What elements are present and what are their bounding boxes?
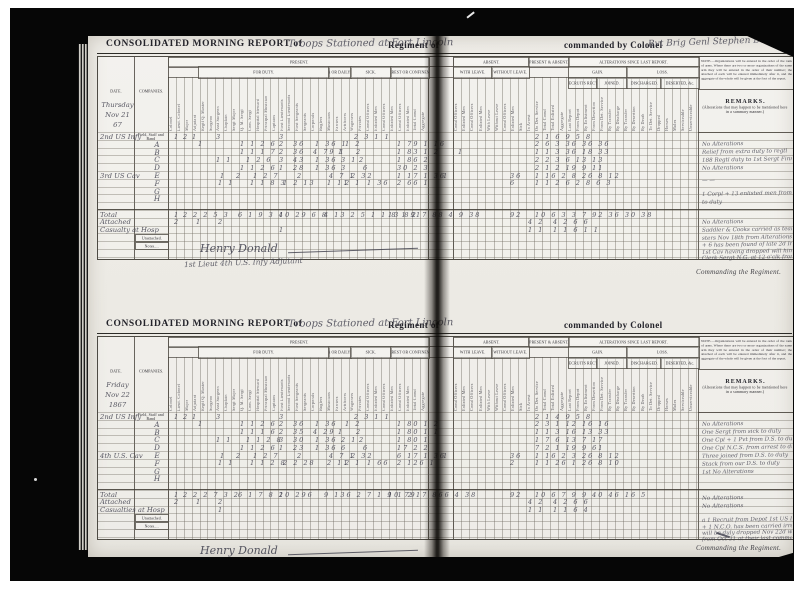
remark-line: to duty — [702, 198, 792, 206]
subgroup-header-label: FOR DUTY. — [254, 70, 275, 74]
column-label: Dropped — [657, 367, 664, 411]
column-label: Regtl Q. Master — [201, 367, 207, 411]
row-values-handwriting: 10 296 — [279, 491, 314, 499]
summary-box: Notes.... — [135, 522, 169, 530]
column-label: By Death — [641, 367, 648, 411]
column-label: Musicians — [327, 87, 333, 131]
column-label: Unserviceable — [689, 367, 696, 411]
group-header-label: PRESENT & ABSENT. — [529, 60, 568, 64]
row-side-label: Casualties at Hosp — [100, 506, 165, 514]
row-values-handwriting: 1 2 13 — [283, 179, 316, 187]
column-label: By Enlistment — [584, 367, 591, 411]
subgroup-header: SICK. — [350, 346, 392, 359]
column-label: Total Comd — [413, 367, 419, 411]
row-values-handwriting: 2 — [279, 428, 285, 436]
column-label: Enlisted Men — [374, 367, 380, 411]
row-values-handwriting: 1 1 — [216, 156, 232, 164]
book-gutter-shadow — [424, 36, 450, 557]
remarks-header: REMARKS.(Alterations that may happen to … — [698, 93, 793, 133]
column-label: Second Lieutenants — [287, 367, 293, 411]
column-label: Major — [185, 367, 191, 411]
ledger-book-spread: CONSOLIDATED MORNING REPORT of Troops St… — [88, 36, 793, 557]
row-values-handwriting: 1 — [196, 498, 202, 506]
row-values-handwriting: 6 1 9 3 4 — [238, 211, 285, 219]
subgroup-header-label: SICK. — [366, 70, 376, 74]
column-label: Enlisted Men — [374, 87, 380, 131]
column-label: First Sergeants — [295, 367, 301, 411]
column-label: Horses — [665, 87, 672, 131]
column-label: Last Report — [568, 87, 575, 131]
column-label: Q. M. Sergt — [240, 87, 246, 131]
row-values-handwriting: 3 — [279, 436, 285, 444]
row-values-handwriting: 10 29 6 8 — [279, 211, 328, 219]
note-paragraph: NOTE.—Organizations will be entered in t… — [701, 339, 792, 361]
column-label: Comd Officers — [503, 87, 510, 131]
subsubgroup-header-label: DESERTED, &c. — [666, 361, 695, 365]
date-handwriting: 67 — [101, 121, 134, 129]
row-values-handwriting: 1 1 2 8 — [246, 436, 283, 444]
row-side-label: Attached — [100, 218, 131, 226]
column-label: Lieut. Colonel — [177, 87, 183, 131]
row-side-label: 4th U.S. Cav — [100, 452, 143, 460]
summary-box-label: Unattached. — [142, 516, 162, 520]
column-label: Unserviceable — [689, 87, 696, 131]
remark-line: from Oct 31 at their last command — — [702, 535, 792, 543]
row-values-handwriting: 4 29 — [313, 428, 335, 436]
row-values-handwriting: 2 32 — [351, 452, 373, 460]
column-label: On Det. Service — [535, 87, 542, 131]
column-label: With Leave — [487, 367, 494, 411]
row-values-handwriting: 1 36 — [315, 420, 337, 428]
column-label: Adjutant — [193, 87, 199, 131]
remarks-subtitle: (Alterations that may happen to be menti… — [702, 105, 788, 114]
group-header-label: PRESENT & ABSENT. — [529, 340, 568, 344]
column-label: Total Comd — [543, 367, 550, 411]
row-values-handwriting: 2 1 — [345, 459, 361, 467]
group-header: PRESENT & ABSENT. — [528, 57, 570, 68]
row-values-handwriting: 2 — [183, 211, 189, 219]
row-values-handwriting: 2 1 4 9 5 8 — [535, 413, 592, 421]
subgroup-header-label: EXTRA OR DAILY DUTY. — [328, 350, 352, 354]
column-label: Comd Officers — [398, 367, 404, 411]
column-label: Enlisted Men — [406, 87, 412, 131]
column-label: Farriers — [335, 367, 341, 411]
row-values-handwriting: 2 — [236, 172, 242, 180]
row-values-handwriting: 6 — [363, 164, 369, 172]
row-values-handwriting: 3 — [279, 413, 285, 421]
column-label: Mules — [673, 367, 680, 411]
row-values-handwriting: 1 1 — [218, 179, 234, 187]
row-values-handwriting: 1 36 — [315, 164, 337, 172]
row-values-handwriting: 2 3 1 1 — [354, 133, 391, 141]
row-values-handwriting: 1 1 1 7 — [240, 148, 277, 156]
row-values-handwriting: 4 2 — [528, 498, 544, 506]
subgroup-header: FOR DUTY. — [198, 66, 330, 79]
row-values-handwriting: 1 — [220, 452, 226, 460]
row-values-handwriting: 1 1 2 6 — [240, 164, 277, 172]
column-label: Enlisted Men — [406, 367, 412, 411]
row-values-handwriting: 2 — [356, 428, 362, 436]
subsubgroup-header-label: JOINED. — [604, 361, 619, 365]
row-values-handwriting: 1 16 2 3 26 8 12 — [535, 452, 621, 460]
remark-line: Clerk Sergt N.G. at 12 o'clk from Oct 31… — [702, 254, 792, 262]
column-label: From Desertion — [592, 367, 599, 411]
subgroup-header: EXTRA OR DAILY DUTY. — [328, 346, 352, 359]
column-label: Comd Officers — [503, 367, 510, 411]
date-header-label: DATE. — [110, 369, 121, 373]
group-header-label: ALTERATIONS SINCE LAST REPORT. — [600, 60, 669, 64]
row-values-handwriting: 2 — [183, 491, 189, 499]
column-label: Without Leave — [495, 87, 502, 131]
row-values-handwriting: 3 — [279, 156, 285, 164]
note-box: NOTE.—Organizations will be entered in t… — [698, 57, 793, 90]
row-values-handwriting: 2 — [359, 436, 365, 444]
row-values-handwriting: 1 — [279, 226, 285, 234]
row-values-handwriting: 1 1 26 1 26 8 10 — [535, 459, 621, 467]
subgroup-header-label: GAIN. — [592, 70, 603, 74]
subgroup-header-label: GAIN. — [592, 350, 603, 354]
remark-line: No Alterations — [702, 494, 792, 502]
column-label: Corporals — [311, 87, 317, 131]
group-header-label: PRESENT. — [290, 340, 308, 344]
column-label: From Depot — [576, 87, 583, 131]
row-values-handwriting: 1 — [174, 491, 180, 499]
column-label: Comd Officers — [470, 367, 477, 411]
row-values-handwriting: 1 1 1 6 — [240, 428, 277, 436]
companies-header: COMPANIES. — [134, 365, 168, 377]
column-label: First Sergeants — [295, 87, 301, 131]
date-handwriting: 1867 — [101, 401, 134, 409]
subgroup-header-label: WITH LEAVE. — [460, 70, 486, 74]
row-values-handwriting: 1 1 6 4 — [553, 506, 590, 514]
row-values-handwriting: 2 — [183, 133, 189, 141]
column-label: Wagoners — [350, 87, 356, 131]
row-values-handwriting: 43 — [293, 156, 305, 164]
column-label: Total Comd — [543, 87, 550, 131]
row-side-label: Total — [100, 491, 117, 499]
row-values-handwriting: 1 1 3 36 18 33 — [535, 148, 611, 156]
company-letter: H — [150, 194, 164, 203]
group-header-label: ABSENT. — [483, 60, 500, 64]
row-values-handwriting: 1 1 2 6 — [240, 444, 277, 452]
column-label: Q. M. Sergt — [240, 367, 246, 411]
row-values-handwriting: 2 — [279, 140, 285, 148]
commanded-by-label: commanded by Colonel — [564, 320, 663, 330]
column-label: With Leave — [487, 87, 494, 131]
summary-box: Notes.... — [135, 242, 169, 250]
column-label: Principal Musician — [264, 87, 270, 131]
column-label: Horses — [665, 367, 672, 411]
column-label: On Det. Service — [535, 367, 542, 411]
date-handwriting: Friday — [101, 381, 134, 389]
row-values-handwriting: 36 — [293, 140, 305, 148]
date-header: DATE. — [98, 85, 134, 97]
column-label: Corporals — [311, 367, 317, 411]
column-label: Sick — [519, 87, 526, 131]
row-values-handwriting: 6 1 7 8 2 — [238, 491, 285, 499]
column-label: Surgeon — [209, 87, 215, 131]
subgroup-header: WITHOUT LEAVE. — [491, 66, 530, 79]
column-label: Artificers — [343, 367, 349, 411]
subgroup-header-label: WITHOUT LEAVE. — [494, 70, 528, 74]
column-label: By Transfer — [608, 87, 615, 131]
signature-name: Henry Donald — [200, 242, 278, 255]
row-values-handwriting: 36 — [293, 420, 305, 428]
row-side-label: Attached — [100, 498, 131, 506]
row-values-handwriting: 2 2 28 — [283, 459, 316, 467]
remark-line: No Alterations — [702, 502, 792, 510]
row-values-handwriting: 36 — [293, 148, 305, 156]
column-label: Com. Sergt — [248, 87, 254, 131]
row-values-handwriting: 1 — [192, 413, 198, 421]
row-values-handwriting: 23 — [293, 444, 305, 452]
date-handwriting: Nov 21 — [101, 111, 134, 119]
column-label: From Depot — [576, 367, 583, 411]
row-values-handwriting: 28 — [293, 164, 305, 172]
column-label: Lieut. Colonel — [177, 367, 183, 411]
column-label: By Desertion — [632, 367, 639, 411]
row-values-handwriting: 3 — [279, 133, 285, 141]
row-values-handwriting: 2 — [279, 420, 285, 428]
column-label: By Desertion — [632, 87, 639, 131]
row-values-handwriting: 36 — [510, 452, 522, 460]
column-label: Last Report — [568, 367, 575, 411]
column-label: From Det. Service — [600, 367, 607, 411]
column-label: Total Enlisted — [551, 87, 558, 131]
report-title: CONSOLIDATED MORNING REPORT of — [106, 319, 303, 329]
grid-column-line — [696, 357, 697, 539]
row-values-handwriting: 2 32 — [351, 172, 373, 180]
scan-artifact-speck — [34, 478, 37, 481]
subgroup-header-label: WITH LEAVE. — [460, 350, 486, 354]
report-title: CONSOLIDATED MORNING REPORT of — [106, 39, 303, 49]
row-values-handwriting: 1 — [218, 506, 224, 514]
column-label: By Transfer — [624, 87, 631, 131]
group-header-label: ALTERATIONS SINCE LAST REPORT. — [600, 340, 669, 344]
row-values-handwriting: 1 1 2 6 — [240, 140, 277, 148]
column-label: Wagoners — [350, 367, 356, 411]
column-label: Colonel — [169, 87, 175, 131]
column-label: Buglers — [319, 367, 325, 411]
row-values-handwriting: 2 — [356, 148, 362, 156]
row-values-handwriting: 2 — [218, 218, 224, 226]
column-label: Enlisted Men — [390, 87, 396, 131]
row-values-handwriting: 1 — [174, 133, 180, 141]
remarks-subtitle: (Alterations that may happen to be menti… — [702, 385, 788, 394]
column-label: By Transfer — [624, 367, 631, 411]
column-label: Comd Officers — [454, 367, 461, 411]
grid-column-line — [696, 77, 697, 259]
row-values-handwriting: 2 3 1 12 16 16 — [535, 420, 611, 428]
column-label: By Discharge — [616, 87, 623, 131]
column-label: Hospital Steward — [256, 87, 262, 131]
date-handwriting: Nov 22 — [101, 391, 134, 399]
row-values-handwriting: 1 36 — [315, 156, 337, 164]
column-label: Sergeants — [303, 367, 309, 411]
column-label: Aggregate — [560, 367, 567, 411]
row-values-handwriting: 2 1 6 9 5 8 — [535, 133, 592, 141]
summary-box-label: Notes.... — [145, 524, 159, 528]
column-label: First Lieutenants — [280, 367, 286, 411]
note-box: NOTE.—Organizations will be entered in t… — [698, 337, 793, 370]
column-label: To Det. Service — [649, 87, 656, 131]
group-header-label: PRESENT. — [290, 60, 308, 64]
row-values-handwriting: 10 6 7 9 9 40 46 16 5 — [535, 491, 647, 499]
column-label: Adjutant — [193, 367, 199, 411]
row-values-handwriting: 2 2 3 6 13 13 — [535, 156, 604, 164]
column-label: Artificers — [343, 87, 349, 131]
row-values-handwriting: 4 2 6 6 — [553, 218, 590, 226]
column-label: Colonel — [169, 367, 175, 411]
commanding-regiment-label: Commanding the Regiment. — [696, 544, 781, 552]
subsubgroup-header-label: DISCHARGED. — [630, 361, 657, 365]
subgroup-header: SICK. — [350, 66, 392, 79]
row-values-handwriting: 1 2 7 — [253, 452, 280, 460]
remarks-subtitle-wrap: (Alterations that may happen to be menti… — [698, 385, 793, 403]
subsubgroup-header-label: RECRUITS REC'D. — [568, 361, 598, 365]
row-values-handwriting: 1 1 6 1 1 — [553, 226, 600, 234]
row-values-handwriting: 4 2 6 6 — [553, 498, 590, 506]
book-page-edge-stack — [78, 44, 88, 550]
subgroup-header: WITH LEAVE. — [453, 66, 493, 79]
companies-header: COMPANIES. — [134, 85, 168, 97]
row-values-handwriting: 1 16 2 8 26 8 12 — [535, 172, 621, 180]
column-label: By Enlistment — [584, 87, 591, 131]
subgroup-header-label: LOSS. — [657, 70, 668, 74]
column-label: Asst Surgeon — [216, 367, 222, 411]
row-values-handwriting: 1 — [338, 148, 344, 156]
summary-box: Unattached. — [135, 514, 169, 522]
column-label: In Arrest — [527, 367, 534, 411]
row-values-handwriting: 1 — [174, 211, 180, 219]
row-values-handwriting: 1 36 — [367, 179, 389, 187]
row-values-handwriting: 1 — [192, 133, 198, 141]
row-values-handwriting: 1 — [198, 420, 204, 428]
companies-header-label: COMPANIES. — [139, 89, 163, 93]
column-label: Comd Officers — [470, 87, 477, 131]
row-values-handwriting: 1 1 — [528, 506, 544, 514]
row-values-handwriting: 10 6 3 3 7 92 36 30 38 — [535, 211, 653, 219]
column-label: Asst Surgeon — [216, 87, 222, 131]
column-label: Privates — [358, 367, 364, 411]
row-values-handwriting: 13 89 — [388, 211, 417, 219]
column-label: Total Enlisted — [551, 367, 558, 411]
row-side-label: Total — [100, 211, 117, 219]
summary-box: Unattached. — [135, 234, 169, 242]
subsubgroup-header-label: DESERTED, &c. — [666, 81, 695, 85]
row-values-handwriting: 3 — [216, 413, 222, 421]
subgroup-header-label: FOR DUTY. — [254, 350, 275, 354]
remarks-subtitle-wrap: (Alterations that may happen to be menti… — [698, 105, 793, 123]
row-values-handwriting: 1 — [279, 164, 285, 172]
row-values-handwriting: 92 — [510, 491, 522, 499]
company-letter: H — [150, 474, 164, 483]
signature-name: Henry Donald — [200, 544, 278, 557]
column-label: Comd Officers — [382, 87, 388, 131]
column-label: Enlisted Men — [390, 367, 396, 411]
column-label: Aggregate — [560, 87, 567, 131]
row-values-handwriting: 2 — [174, 498, 180, 506]
column-label: Sergt Major — [232, 367, 238, 411]
subsubgroup-header-label: RECRUITS REC'D. — [568, 81, 598, 85]
column-label: By Death — [641, 87, 648, 131]
remarks-header: REMARKS.(Alterations that may happen to … — [698, 373, 793, 413]
column-label: Com. Sergt — [248, 367, 254, 411]
date-header: DATE. — [98, 365, 134, 377]
remark-line: — — — [702, 176, 792, 184]
scanned-document-page: CONSOLIDATED MORNING REPORT of Troops St… — [0, 0, 800, 589]
column-label: Comd Officers — [454, 87, 461, 131]
column-label: Enlisted Men — [462, 367, 469, 411]
row-side-label: 3rd US Cav — [100, 172, 140, 180]
subgroup-header-label: LOSS. — [657, 350, 668, 354]
subgroup-header: FOR DUTY. — [198, 346, 330, 359]
group-header: PRESENT & ABSENT. — [528, 337, 570, 348]
column-label: Mules — [673, 87, 680, 131]
row-values-handwriting: 2 1 2 19 9 11 — [535, 164, 604, 172]
row-values-handwriting: 2 — [174, 218, 180, 226]
subgroup-header: WITHOUT LEAVE. — [491, 346, 530, 359]
row-values-handwriting: 1 66 — [367, 459, 389, 467]
date-handwriting: Thursday — [101, 101, 134, 109]
column-label: Serviceable — [681, 87, 688, 131]
column-label: Regtl Q. Master — [201, 87, 207, 131]
column-label: Enlisted Men — [479, 87, 486, 131]
column-label: Musicians — [327, 367, 333, 411]
row-values-handwriting: 1 — [198, 140, 204, 148]
row-values-handwriting: 1 — [174, 413, 180, 421]
row-values-handwriting: 1 1 — [218, 459, 234, 467]
column-label: Sick — [519, 367, 526, 411]
column-label: To Det. Service — [649, 367, 656, 411]
row-values-handwriting: 2 3 1 1 — [354, 413, 391, 421]
summary-box-label: Notes.... — [145, 244, 159, 248]
row-values-handwriting: 30 — [293, 436, 305, 444]
note-paragraph: NOTE.—Organizations will be entered in t… — [701, 59, 792, 81]
row-values-handwriting: 2 — [279, 148, 285, 156]
row-values-handwriting: 3 1 — [341, 156, 357, 164]
row-values-handwriting: 1 1 2 6 2 8 6 3 — [535, 179, 613, 187]
row-values-handwriting: 35 — [293, 428, 305, 436]
row-side-label: Casualty at Hosp — [100, 226, 159, 234]
column-label: In Arrest — [527, 87, 534, 131]
row-values-handwriting: 2 — [510, 459, 516, 467]
subgroup-header-label: WITHOUT LEAVE. — [494, 350, 528, 354]
row-values-handwriting: 2 — [297, 452, 303, 460]
column-label: Comd Officers — [366, 367, 372, 411]
column-label: Comd Officers — [382, 367, 388, 411]
column-label: Privates — [358, 87, 364, 131]
row-values-handwriting: 1 — [220, 172, 226, 180]
row-values-handwriting: 36 — [510, 172, 522, 180]
row-values-handwriting: 2 — [297, 172, 303, 180]
row-values-handwriting: 4 2 — [528, 218, 544, 226]
row-values-handwriting: 1 1 3 16 13 33 — [535, 428, 611, 436]
row-values-handwriting: 7 2 1 19 9 61 — [535, 444, 604, 452]
date-header-label: DATE. — [110, 89, 121, 93]
row-values-handwriting: 1 — [279, 444, 285, 452]
column-label: Second Lieutenants — [287, 87, 293, 131]
column-label: Captains — [272, 87, 278, 131]
row-values-handwriting: 2 — [218, 498, 224, 506]
remark-line: 1 Corpl + 13 enlisted men from D.S. — [702, 190, 792, 198]
subgroup-header: EXTRA OR DAILY DUTY. — [328, 66, 352, 79]
column-label: Farriers — [335, 87, 341, 131]
column-label: Without Leave — [495, 367, 502, 411]
row-values-handwriting: 2 6 3 36 36 36 — [535, 140, 611, 148]
column-label: Chaplain — [224, 367, 230, 411]
signature-flourish — [288, 550, 418, 556]
